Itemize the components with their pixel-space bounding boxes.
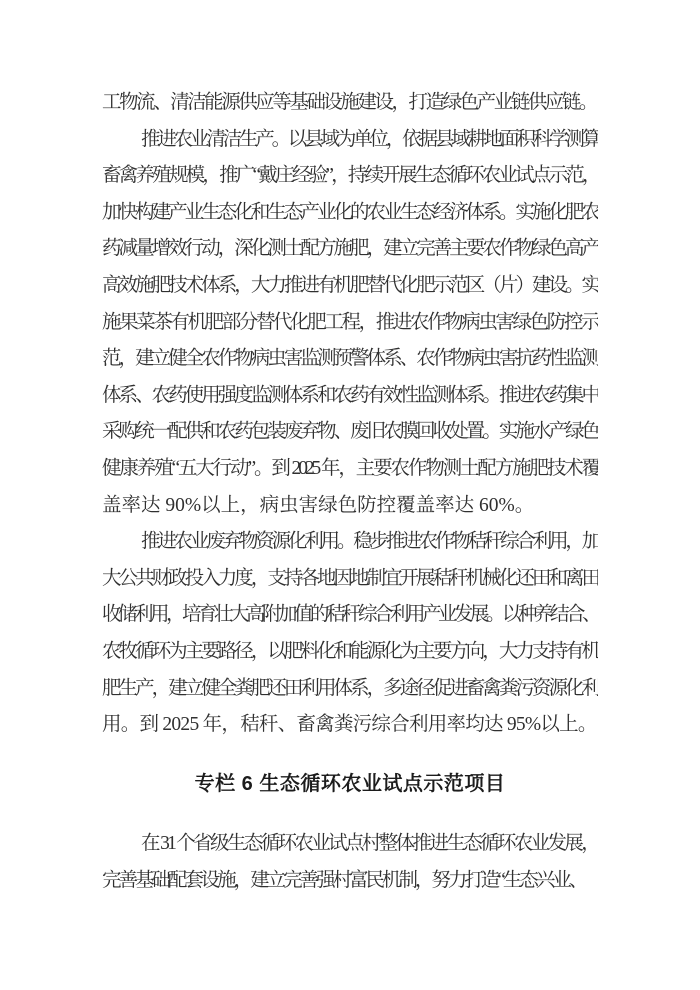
text-line: 体系、农药使用强度监测体系和农药有效性监测体系。推进农药集中 [102,378,598,415]
text-line: 药减量增效行动，深化测土配方施肥，建立完善主要农作物绿色高产 [102,231,598,268]
text-line: 高效施肥技术体系，大力推进有机肥替代化肥示范区（片）建设。实 [102,268,598,305]
text-line: 大公共财政投入力度，支持各地因地制宜开展秸秆机械化还田和离田 [102,561,598,598]
text-line: 推进农业废弃物资源化利用。稳步推进农作物秸秆综合利用，加 [102,524,598,561]
text-line: 采购统一配供和农药包装废弃物、废旧农膜回收处置。实施水产绿色 [102,414,598,451]
text-line: 收储利用，培育壮大高附加值的秸秆综合利用产业发展。以种养结合、 [102,597,598,634]
text-line: 工物流、清洁能源供应等基础设施建设，打造绿色产业链供应链。 [102,85,598,122]
text-line: 范，建立健全农作物病虫害监测预警体系、农作物病虫害抗药性监测 [102,341,598,378]
text-line: 完善基础配套设施，建立完善强村富民机制，努力打造“生态兴业、 [102,863,598,900]
text-line: 施果菜茶有机肥部分替代化肥工程，推进农作物病虫害绿色防控示 [102,305,598,342]
document-page: 工物流、清洁能源供应等基础设施建设，打造绿色产业链供应链。推进农业清洁生产。以县… [0,0,700,990]
document-body: 工物流、清洁能源供应等基础设施建设，打造绿色产业链供应链。推进农业清洁生产。以县… [102,85,598,899]
text-line: 肥生产，建立健全粪肥还田利用体系，多途径促进畜禽粪污资源化利 [102,671,598,708]
text-line: 用。到 2025 年，秸秆、畜禽粪污综合利用率均达 95%以上。 [102,707,598,744]
text-line: 畜禽养殖规模，推广“戴庄经验”，持续开展生态循环农业试点示范， [102,158,598,195]
text-line: 健康养殖“五大行动”。到 2025 年，主要农作物测土配方施肥技术覆 [102,451,598,488]
text-line: 农牧循环为主要路径，以肥料化和能源化为主要方向，大力支持有机 [102,634,598,671]
box-heading: 专栏 6 生态循环农业试点示范项目 [102,766,598,803]
text-line: 在 31 个省级生态循环农业试点村整体推进生态循环农业发展， [102,826,598,863]
text-line: 盖率达 90%以上，病虫害绿色防控覆盖率达 60%。 [102,488,598,525]
text-line: 推进农业清洁生产。以县域为单位，依据县域耕地面积科学测算 [102,122,598,159]
text-line: 加快构建产业生态化和生态产业化的农业生态经济体系。实施化肥农 [102,195,598,232]
